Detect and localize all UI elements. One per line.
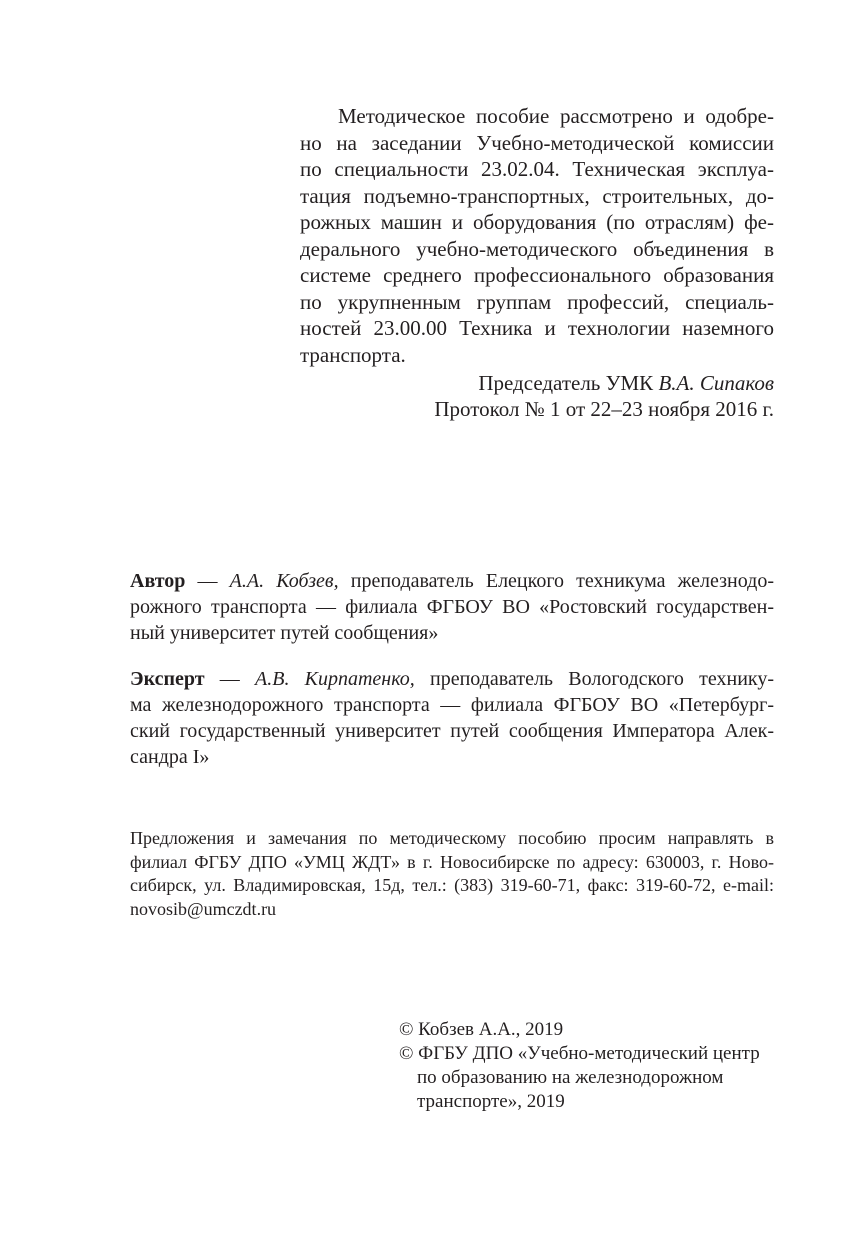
feedback-line: филиал ФГБУ ДПО «УМЦ ЖДТ» в г. Новосибир… <box>130 851 774 875</box>
author-name: А.А. Кобзев, <box>230 570 339 592</box>
expert-line: ский государственный университет путей с… <box>130 718 774 744</box>
author-line1: преподаватель Елецкого техникума железно… <box>339 570 774 592</box>
chairman-label: Председатель УМК <box>478 371 658 395</box>
expert-dash: — <box>205 668 255 690</box>
approval-line: ностей 23.00.00 Техника и технологии наз… <box>300 315 774 342</box>
protocol-line: Протокол № 1 от 22–23 ноября 2016 г. <box>434 396 774 423</box>
chairman-signature: Председатель УМК В.А. Сипаков <box>478 370 774 397</box>
approval-line: тация подъемно-транспортных, строительны… <box>300 183 774 210</box>
approval-line: но на заседании Учебно-методической коми… <box>300 130 774 157</box>
expert-line1: преподаватель Вологодского технику- <box>415 668 774 690</box>
feedback-line: Предложения и замечания по методическому… <box>130 827 774 851</box>
author-dash: — <box>185 570 229 592</box>
feedback-line: сибирск, ул. Владимировская, 15д, тел.: … <box>130 874 774 898</box>
approval-line: дерального учебно-методического объедине… <box>300 236 774 263</box>
feedback-paragraph: Предложения и замечания по методическому… <box>130 827 774 921</box>
approval-paragraph: Методическое пособие рассмотрено и одобр… <box>300 103 774 368</box>
author-line: рожного транспорта — филиала ФГБОУ ВО «Р… <box>130 594 774 620</box>
copyright-author: © Кобзев А.А., 2019 <box>399 1018 760 1042</box>
expert-block: Эксперт — А.В. Кирпатенко, преподаватель… <box>130 666 774 770</box>
approval-line: Методическое пособие рассмотрено и одобр… <box>300 103 774 130</box>
copyright-publisher-cont: по образованию на железнодорожном <box>399 1066 760 1090</box>
author-block: Автор — А.А. Кобзев, преподаватель Елецк… <box>130 568 774 646</box>
chairman-name: В.А. Сипаков <box>658 371 774 395</box>
copyright-block: © Кобзев А.А., 2019 © ФГБУ ДПО «Учебно-м… <box>399 1018 760 1114</box>
expert-name: А.В. Кирпатенко, <box>255 668 415 690</box>
copyright-publisher-cont: транспорте», 2019 <box>399 1090 760 1114</box>
approval-line: системе среднего профессионального образ… <box>300 262 774 289</box>
author-role: Автор <box>130 570 185 592</box>
approval-line: по укрупненным группам профессий, специа… <box>300 289 774 316</box>
expert-line: ма железнодорожного транспорта — филиала… <box>130 692 774 718</box>
feedback-email[interactable]: novosib@umczdt.ru <box>130 898 774 922</box>
approval-line: транспорта. <box>300 342 774 369</box>
expert-role: Эксперт <box>130 668 205 690</box>
copyright-publisher: © ФГБУ ДПО «Учебно-методический центр <box>399 1042 760 1066</box>
approval-line: по специальности 23.02.04. Техническая э… <box>300 156 774 183</box>
author-line: ный университет путей сообщения» <box>130 620 774 646</box>
expert-line: сандра I» <box>130 744 774 770</box>
approval-line: рожных машин и оборудования (по отраслям… <box>300 209 774 236</box>
